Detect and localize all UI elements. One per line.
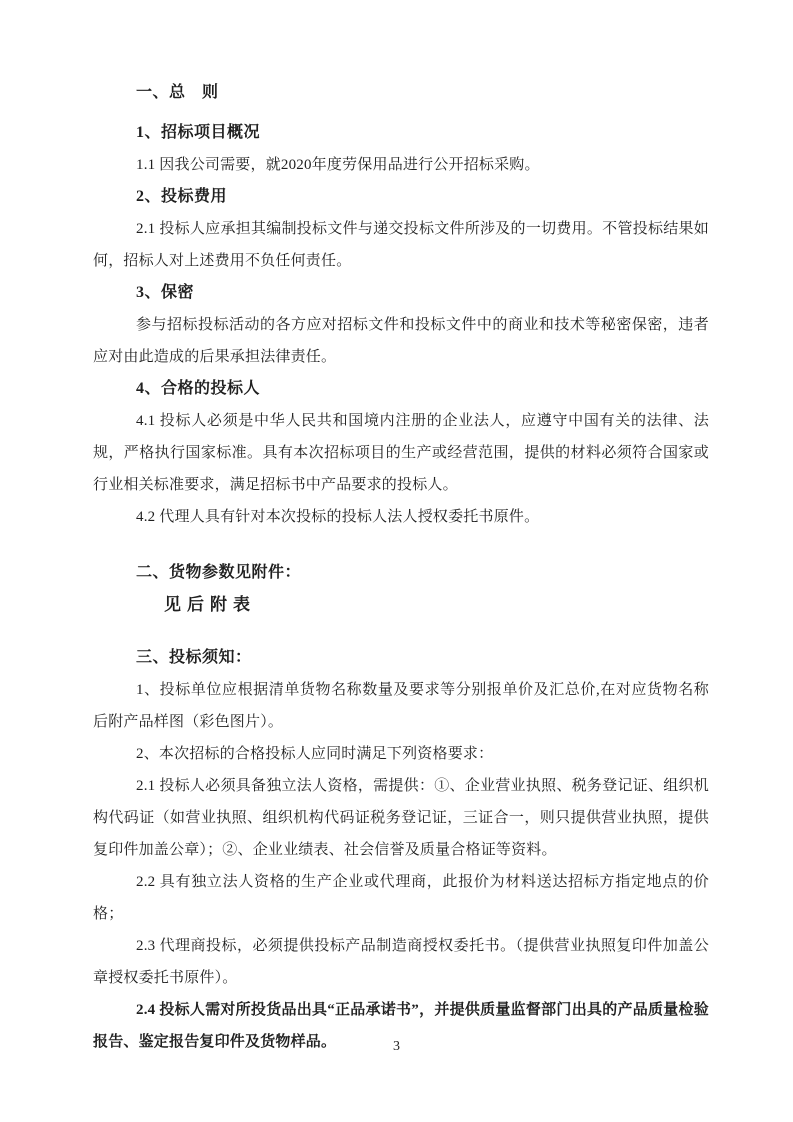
section-title-general-rules: 一、总 则 xyxy=(93,77,709,109)
bid-note-2-1: 2.1 投标人必须具备独立法人资格，需提供：①、企业营业执照、税务登记证、组织机… xyxy=(93,770,709,866)
clause-4-1: 4.1 投标人必须是中华人民共和国境内注册的企业法人，应遵守中国有关的法律、法规… xyxy=(93,405,709,501)
section-title-bid-notes: 三、投标须知： xyxy=(93,642,709,674)
clause-2-1: 2.1 投标人应承担其编制投标文件与递交投标文件所涉及的一切费用。不管投标结果如… xyxy=(93,213,709,277)
bid-note-1: 1、投标单位应根据清单货物名称数量及要求等分别报单价及汇总价,在对应货物名称后附… xyxy=(93,674,709,738)
page-number: 3 xyxy=(0,1038,793,1056)
bid-note-2-3: 2.3 代理商投标，必须提供投标产品制造商授权委托书。（提供营业执照复印件加盖公… xyxy=(93,930,709,994)
document-body: 一、总 则 1、招标项目概况 1.1 因我公司需要，就2020年度劳保用品进行公… xyxy=(93,77,709,1058)
bid-note-2: 2、本次招标的合格投标人应同时满足下列资格要求： xyxy=(93,738,709,770)
heading-project-overview: 1、招标项目概况 xyxy=(93,117,709,149)
clause-1-1: 1.1 因我公司需要，就2020年度劳保用品进行公开招标采购。 xyxy=(93,149,709,181)
heading-qualified-bidders: 4、合格的投标人 xyxy=(93,373,709,405)
heading-confidentiality: 3、保密 xyxy=(93,277,709,309)
para-see-attached-table: 见后附表 xyxy=(93,589,709,621)
heading-bid-costs: 2、投标费用 xyxy=(93,181,709,213)
section-title-goods-parameters: 二、货物参数见附件： xyxy=(93,557,709,589)
bid-note-2-2: 2.2 具有独立法人资格的生产企业或代理商，此报价为材料送达招标方指定地点的价格… xyxy=(93,866,709,930)
para-confidentiality: 参与招标投标活动的各方应对招标文件和投标文件中的商业和技术等秘密保密，违者应对由… xyxy=(93,309,709,373)
document-page: 一、总 则 1、招标项目概况 1.1 因我公司需要，就2020年度劳保用品进行公… xyxy=(0,0,793,1122)
clause-4-2: 4.2 代理人具有针对本次投标的投标人法人授权委托书原件。 xyxy=(93,501,709,533)
